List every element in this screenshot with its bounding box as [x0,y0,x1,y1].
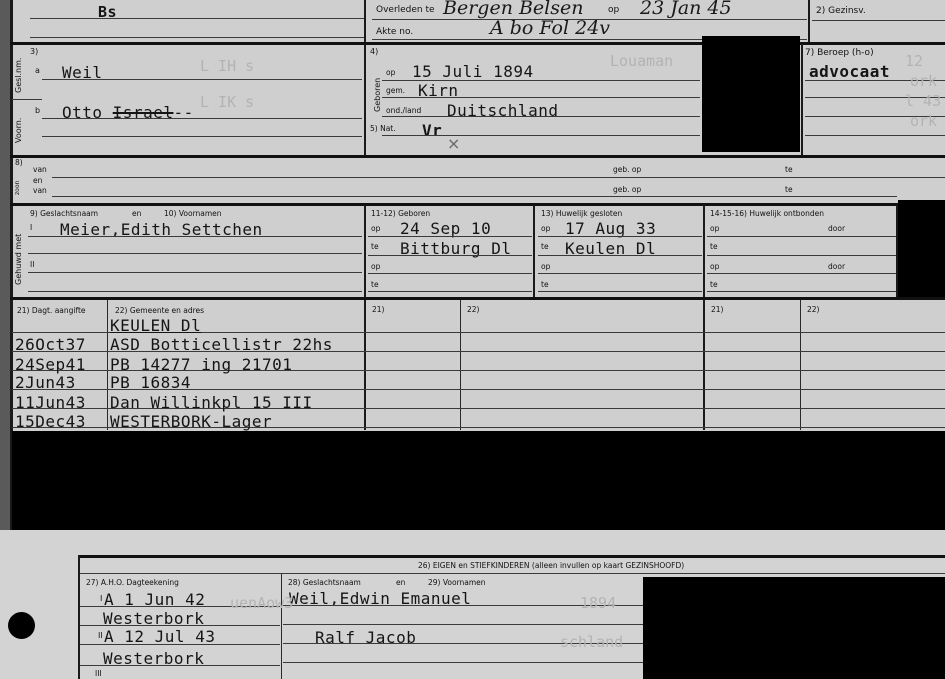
section-divider-2 [10,155,945,158]
address-date-header: 21) Dagt. aangifte [17,306,86,315]
aho-line-3 [80,644,280,645]
address-col6-header: 22) [807,305,819,314]
nationality-mark: × [447,134,460,153]
ghost-text-3: 12 [905,52,923,70]
address-col3-header: 21) [372,305,384,314]
card-left-edge [0,0,10,530]
address-row-2-address: ASD Botticellistr 22hs [110,335,333,354]
ghost-text-10: schland [560,633,623,651]
birth-date: 15 Juli 1894 [412,62,534,81]
marker-i: I [30,223,32,232]
dissolved-line-1 [707,236,897,237]
gezinsv-label: 2) Gezinsv. [816,6,866,16]
address-row-5-date: 11Jun43 [15,393,86,412]
birth-gem-label: gem. [386,86,405,95]
address-col-divider-5 [800,300,801,430]
zoon-en-label: en [33,176,42,185]
married-line-2 [538,255,702,256]
children-col-divider [281,574,282,679]
punch-hole [8,612,35,639]
zoon-side-label: zoon [14,181,21,195]
zoon-section-number: 8) [15,158,23,167]
aho-line-2 [80,625,280,626]
ghost-text-8: uenAow3 [230,594,293,612]
spouse-born-line-2 [368,255,532,256]
married-header: 13) Huwelijk gesloten [541,209,622,218]
child-line-2 [283,624,643,625]
dissolved-te-label-2: te [710,280,718,289]
married-line-1 [538,236,702,237]
address-row-3-address: PB 14277 ing 21701 [110,355,292,374]
ghost-text-9: 1894 [580,594,616,612]
overleden-op-label: op [608,5,619,15]
address-row-1-address: KEULEN Dl [110,316,201,335]
spouse-born-header: 11-12) Geboren [371,209,430,218]
ghost-text-4: ork [910,72,937,90]
address-col-divider-3 [460,300,461,430]
dissolved-line-2 [707,255,897,256]
given-name-suffix: -- [173,103,193,122]
aho-row-5-marker: III [95,669,102,678]
married-divider [533,205,535,298]
child-voornamen-header: 29) Voornamen [428,578,486,587]
zoon-te-label-1: te [785,165,793,174]
persoonskaart-document: Bs Overleden te Bergen Belsen op 23 Jan … [0,0,945,679]
married-te-label-1: te [541,242,549,251]
spouse-name-header: 9) Geslachtsnaam [30,209,98,218]
given-name-line [42,118,362,119]
redacted-block-photo [702,36,800,152]
spouse-born-line-4 [368,291,532,292]
row-b-marker: b [35,106,40,115]
zoon-line-2 [52,196,897,197]
gehuwd-side-label: Gehuwd met [14,234,23,285]
gesl-side-label: Gesl.nm. [14,58,23,93]
address-row-6-date: 15Dec43 [15,412,86,431]
header-line-2 [30,37,365,38]
nationality-value: Vr [422,121,442,140]
aho-row-3-marker: II [98,631,103,640]
zoon-te-label-2: te [785,185,793,194]
voorn-side-label: Voorn. [14,118,23,143]
nationality-label: 5) Nat. [370,124,396,133]
section-divider-4 [10,297,945,300]
address-row-3-date: 24Sep41 [15,355,86,374]
surname-line [42,79,362,80]
aho-header: 27) A.H.O. Dagteekening [86,578,179,587]
zoon-van-label-2: van [33,186,47,195]
occupation-line-4 [805,135,945,136]
occupation-value: advocaat [809,62,890,81]
married-line-4 [538,291,702,292]
address-row-5-address: Dan Willinkpl 15 III [110,393,313,412]
zoon-van-label-1: van [33,165,47,174]
address-row-6-address: WESTERBORK-Lager [110,412,272,431]
ghost-text-5: l 43 [905,92,941,110]
dissolved-op-label-2: op [710,262,719,271]
ghost-text-2: L IK s [200,93,254,111]
spouse-line-3 [28,272,362,273]
address-col-divider-2 [364,300,366,430]
ghost-text-6: ork [910,112,937,130]
zoon-line-1 [52,177,945,178]
overleden-date: 23 Jan 45 [640,0,732,19]
aho-line-4 [80,665,280,666]
birth-op-label: op [386,68,395,77]
redacted-block-lower-right [643,577,945,679]
name-section-number: 3) [30,47,38,56]
dissolved-divider [703,205,705,298]
spouse-born-te-label-2: te [371,280,379,289]
birth-land-label: ond./land [386,106,421,115]
name-birth-divider [364,44,366,156]
row-a-marker: a [35,66,40,75]
birth-place-line [382,97,700,98]
zoon-geb-op-label-2: geb. op [613,185,641,194]
address-row-4-address: PB 16834 [110,373,191,392]
spouse-born-te-label-1: te [371,242,379,251]
dissolved-door-label-2: door [828,262,845,271]
children-title-line [80,573,945,574]
spouse-born-line-1 [368,236,532,237]
dissolved-line-4 [707,291,897,292]
address-col-divider-4 [703,300,705,430]
gezinsv-divider [808,0,810,43]
marker-ii: II [30,260,34,269]
spouse-born-line-3 [368,273,532,274]
ghost-text-1: L IH s [200,57,254,75]
spouse-born-op-label-2: op [371,262,380,271]
married-op-label-2: op [541,262,550,271]
given-name-line-2 [42,136,362,137]
spouse-line-4 [28,291,362,292]
section-divider-3 [10,203,900,206]
redacted-block-right [898,200,945,297]
child-en-label: en [396,578,405,587]
overleden-label: Overleden te [376,5,435,15]
redacted-band-middle [12,431,945,530]
ghost-text-7: Louaman [610,52,673,70]
zoon-geb-op-label-1: geb. op [613,165,641,174]
gezinsv-line [812,20,945,21]
section-divider-1 [10,42,945,45]
married-op-label-1: op [541,224,550,233]
child-2-name: Ralf Jacob [315,628,416,647]
occupation-label: 7) Beroep (h-o) [805,48,874,58]
address-row-4-date: 2Jun43 [15,373,76,392]
given-name-value: Otto Israel-- [62,103,194,122]
address-header: 22) Gemeente en adres [115,306,204,315]
address-col5-header: 21) [711,305,723,314]
birth-section-number: 4) [370,47,378,56]
nationality-line [382,135,700,136]
header-line-1 [30,18,365,19]
spouse-born-op-label-1: op [371,224,380,233]
side-label-divider [12,99,42,100]
married-line-3 [538,273,702,274]
spouse-line-1 [28,236,362,237]
spouse-voornamen-header: 10) Voornamen [164,209,222,218]
child-name-header: 28) Geslachtsnaam [288,578,361,587]
occupation-divider [801,44,803,156]
address-col-divider-1 [107,300,108,430]
address-col4-header: 22) [467,305,479,314]
birth-country-line [382,116,700,117]
given-name: Otto [62,103,103,122]
child-line-4 [283,662,643,663]
dissolved-header: 14-15-16) Huwelijk ontbonden [710,209,824,218]
children-section-title: 26) EIGEN en STIEFKINDEREN (alleen invul… [418,561,684,570]
spouse-line-2 [28,253,362,254]
dissolved-te-label-1: te [710,242,718,251]
children-top-border [78,555,945,558]
birth-country: Duitschland [447,101,558,120]
given-name-struck: Israel [113,103,174,122]
dissolved-door-label-1: door [828,224,845,233]
geboren-side-label: Geboren [373,78,382,112]
akte-value: A bo Fol 24v [490,17,610,39]
spouse-born-divider [364,205,366,298]
dissolved-op-label-1: op [710,224,719,233]
aho-row-1-marker: I [100,594,102,603]
akte-label: Akte no. [376,27,413,37]
address-row-2-date: 26Oct37 [15,335,86,354]
spouse-en-label: en [132,209,141,218]
married-te-label-2: te [541,280,549,289]
dissolved-line-3 [707,273,897,274]
header-divider [364,0,366,43]
